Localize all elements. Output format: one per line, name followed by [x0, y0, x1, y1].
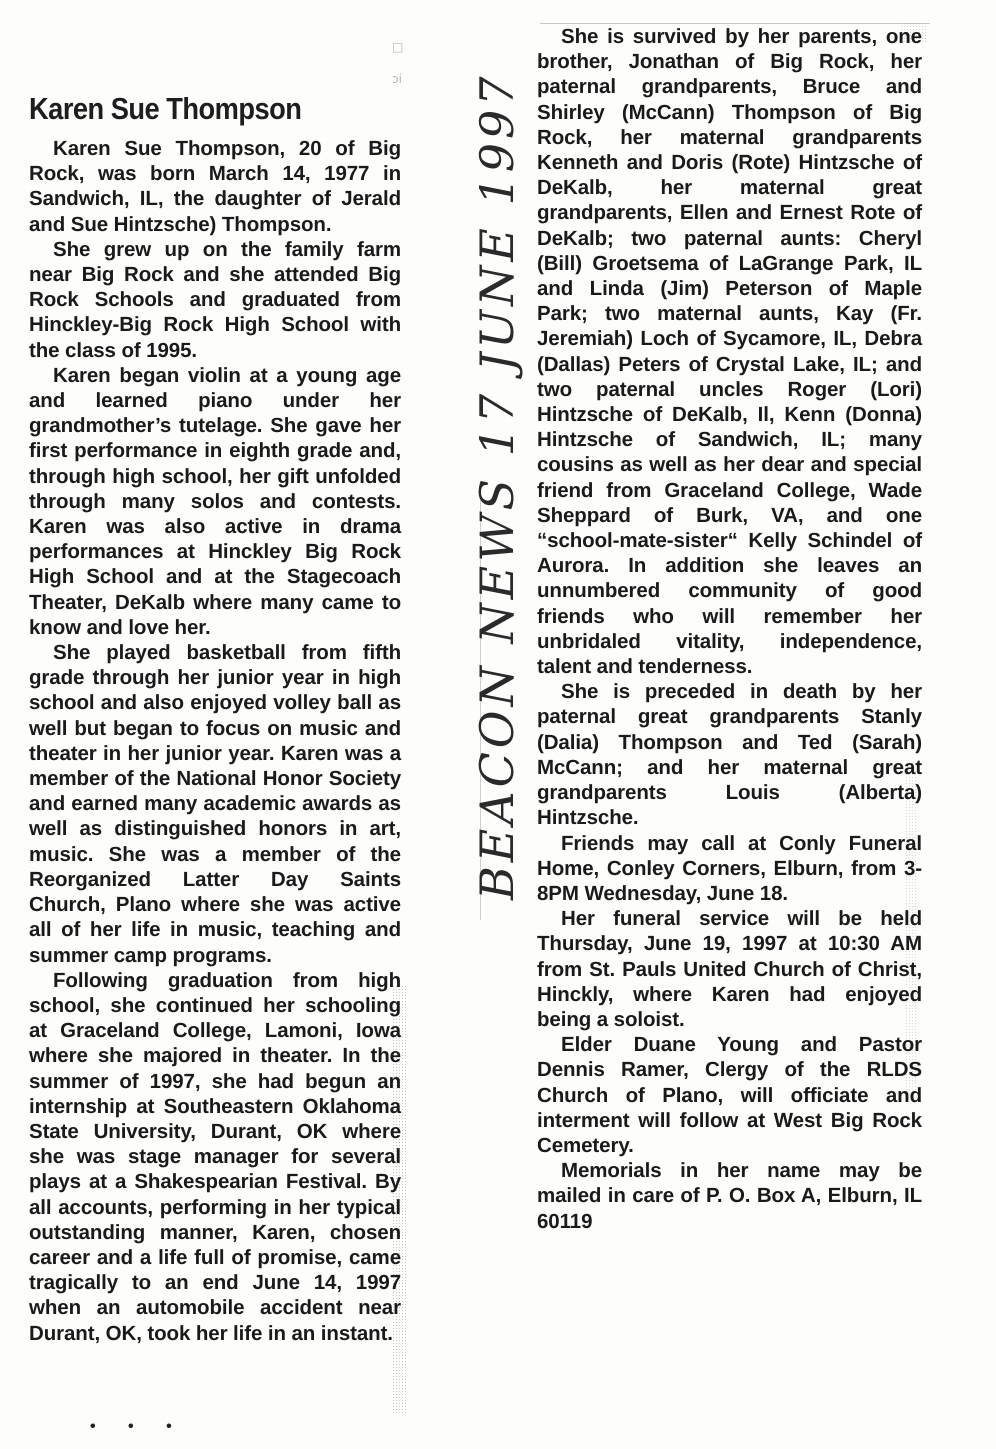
handwritten-annotation: BEACON NEWS 17 JUNE 1997: [470, 72, 524, 900]
left-column: Karen Sue Thompson, 20 of Big Rock, was …: [29, 136, 401, 1346]
paragraph-service: Her funeral service will be held Thursda…: [537, 906, 922, 1032]
ending-mark: • • •: [90, 1418, 186, 1436]
paragraph-survivors: She is survived by her parents, one brot…: [537, 24, 922, 679]
bleed-through-mark: □: [392, 40, 403, 54]
paragraph-visitation: Friends may call at Conly Funeral Home, …: [537, 831, 922, 907]
paragraph-schooling: She grew up on the family farm near Big …: [29, 237, 401, 363]
paragraph-officiants: Elder Duane Young and Pastor Dennis Rame…: [537, 1032, 922, 1158]
paragraph-music: Karen began violin at a young age and le…: [29, 363, 401, 640]
obituary-headline: Karen Sue Thompson: [29, 91, 301, 127]
right-column: She is survived by her parents, one brot…: [537, 24, 922, 1234]
paragraph-preceded: She is preceded in death by her paternal…: [537, 679, 922, 830]
paragraph-activities: She played basketball from fifth grade t…: [29, 640, 401, 968]
paragraph-memorials: Memorials in her name may be mailed in c…: [537, 1158, 922, 1234]
paragraph-college: Following graduation from high school, s…: [29, 968, 401, 1346]
bleed-through-mark: ɔi: [392, 72, 402, 86]
paragraph-birth: Karen Sue Thompson, 20 of Big Rock, was …: [29, 136, 401, 237]
